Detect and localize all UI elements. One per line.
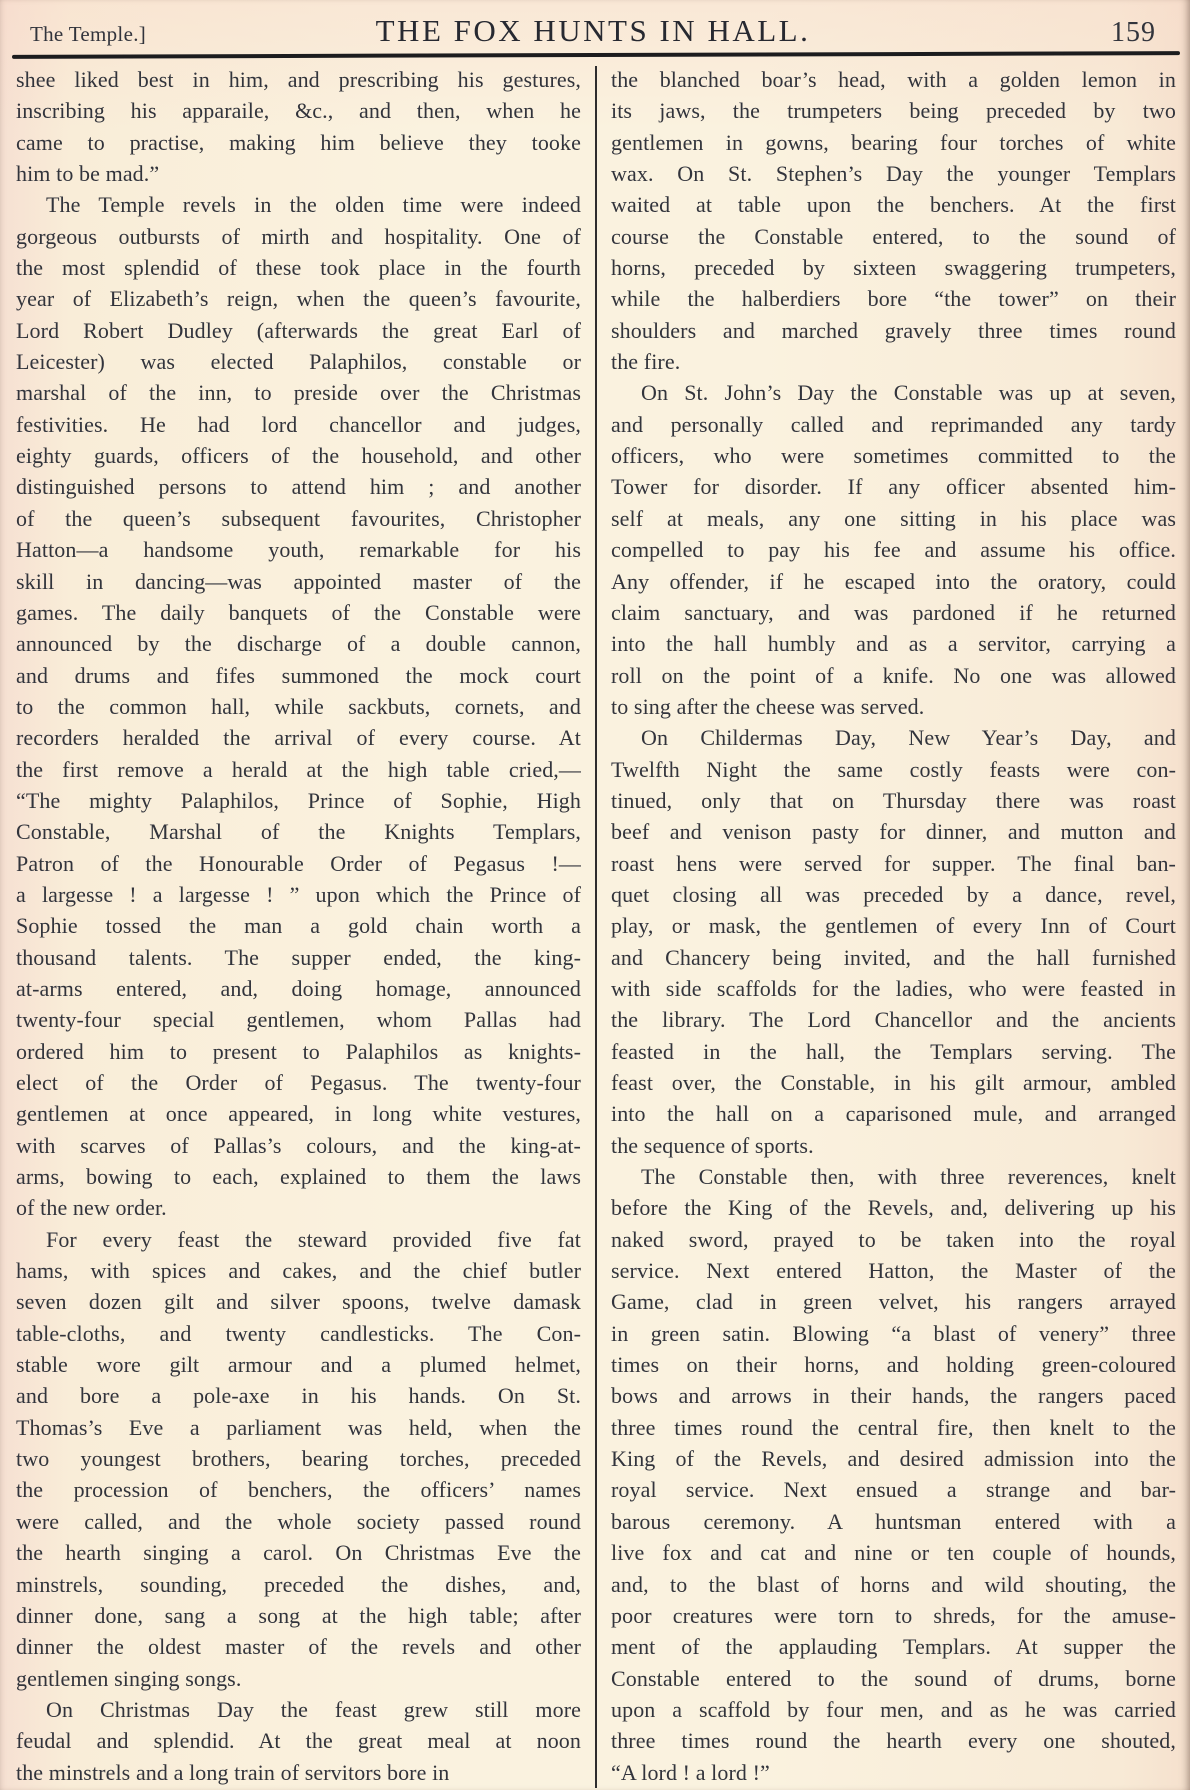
right-column: the blanched boar’s head, with a golden … <box>611 64 1176 1788</box>
running-title-left: The Temple.] <box>30 22 250 47</box>
text-line: stable wore gilt armour and a plumed hel… <box>16 1349 581 1380</box>
text-line: beef and venison pasty for dinner, and m… <box>611 816 1176 847</box>
paragraph: The Temple revels in the olden time were… <box>16 189 581 1223</box>
page-body: shee liked best in him, and prescribing … <box>0 57 1190 1788</box>
column-divider <box>595 66 597 1788</box>
text-line: Game, clad in green velvet, his rangers … <box>611 1286 1176 1317</box>
text-line: into the hall humbly and as a servitor, … <box>611 628 1176 659</box>
text-line: Twelfth Night the same costly feasts wer… <box>611 754 1176 785</box>
text-line: into the hall on a caparisoned mule, and… <box>611 1098 1176 1129</box>
text-line: the sequence of sports. <box>611 1130 1176 1161</box>
text-line: eighty guards, officers of the household… <box>16 440 581 471</box>
text-line: table-cloths, and twenty candlesticks. T… <box>16 1318 581 1349</box>
text-line: with side scaffolds for the ladies, who … <box>611 973 1176 1004</box>
text-line: twenty-four special gentlemen, whom Pall… <box>16 1004 581 1035</box>
paragraph: On St. John’s Day the Constable was up a… <box>611 377 1176 722</box>
text-line: arms, bowing to each, explained to them … <box>16 1161 581 1192</box>
text-line: On St. John’s Day the Constable was up a… <box>611 377 1176 408</box>
text-line: shee liked best in him, and prescribing … <box>16 64 581 95</box>
text-line: feasted in the hall, the Templars servin… <box>611 1036 1176 1067</box>
text-line: marshal of the inn, to preside over the … <box>16 377 581 408</box>
text-line: gentlemen at once appeared, in long whit… <box>16 1098 581 1129</box>
text-line: while the halberdiers bore “the tower” o… <box>611 283 1176 314</box>
text-line: King of the Revels, and desired admissio… <box>611 1443 1176 1474</box>
text-line: Tower for disorder. If any officer absen… <box>611 471 1176 502</box>
text-line: times on their horns, and holding green-… <box>611 1349 1176 1380</box>
text-line: The Temple revels in the olden time were… <box>16 189 581 220</box>
text-line: self at meals, any one sitting in his pl… <box>611 503 1176 534</box>
text-line: the library. The Lord Chancellor and the… <box>611 1004 1176 1035</box>
text-line: ordered him to present to Palaphilos as … <box>16 1036 581 1067</box>
text-line: Hatton—a handsome youth, remarkable for … <box>16 534 581 565</box>
text-line: of the new order. <box>16 1192 581 1223</box>
text-line: wax. On St. Stephen’s Day the younger Te… <box>611 158 1176 189</box>
text-line: the fire. <box>611 346 1176 377</box>
text-line: recorders heralded the arrival of every … <box>16 722 581 753</box>
text-line: service. Next entered Hatton, the Master… <box>611 1255 1176 1286</box>
text-line: with scarves of Pallas’s colours, and th… <box>16 1130 581 1161</box>
text-line: bows and arrows in their hands, the rang… <box>611 1380 1176 1411</box>
text-line: “The mighty Palaphilos, Prince of Sophie… <box>16 785 581 816</box>
text-line: in green satin. Blowing “a blast of vene… <box>611 1318 1176 1349</box>
text-line: thousand talents. The supper ended, the … <box>16 942 581 973</box>
paragraph: shee liked best in him, and prescribing … <box>16 64 581 189</box>
text-line: On Childermas Day, New Year’s Day, and <box>611 722 1176 753</box>
left-column: shee liked best in him, and prescribing … <box>16 64 581 1788</box>
text-line: roast hens were served for supper. The f… <box>611 848 1176 879</box>
text-line: to sing after the cheese was served. <box>611 691 1176 722</box>
text-line: horns, preceded by sixteen swaggering tr… <box>611 252 1176 283</box>
paragraph: On Christmas Day the feast grew still mo… <box>16 1694 581 1788</box>
text-line: On Christmas Day the feast grew still mo… <box>16 1694 581 1725</box>
paragraph: On Childermas Day, New Year’s Day, andTw… <box>611 722 1176 1161</box>
text-line: roll on the point of a knife. No one was… <box>611 660 1176 691</box>
text-line: course the Constable entered, to the sou… <box>611 221 1176 252</box>
text-line: “A lord ! a lord !” <box>611 1757 1176 1788</box>
text-line: and Chancery being invited, and the hall… <box>611 942 1176 973</box>
text-line: dinner the oldest master of the revels a… <box>16 1631 581 1662</box>
text-line: and personally called and reprimanded an… <box>611 409 1176 440</box>
text-line: ment of the applauding Templars. At supp… <box>611 1631 1176 1662</box>
text-line: three times round the central fire, then… <box>611 1412 1176 1443</box>
text-line: For every feast the steward provided fiv… <box>16 1224 581 1255</box>
paragraph: For every feast the steward provided fiv… <box>16 1224 581 1694</box>
text-line: Constable entered to the sound of drums,… <box>611 1663 1176 1694</box>
text-line: elect of the Order of Pegasus. The twent… <box>16 1067 581 1098</box>
text-line: feast over, the Constable, in his gilt a… <box>611 1067 1176 1098</box>
page-number: 159 <box>936 17 1156 49</box>
text-line: The Constable then, with three reverence… <box>611 1161 1176 1192</box>
text-line: year of Elizabeth’s reign, when the quee… <box>16 283 581 314</box>
text-line: the hearth singing a carol. On Christmas… <box>16 1537 581 1568</box>
text-line: the minstrels and a long train of servit… <box>16 1757 581 1788</box>
text-line: festivities. He had lord chancellor and … <box>16 409 581 440</box>
text-line: inscribing his apparaile, &c., and then,… <box>16 95 581 126</box>
text-line: and bore a pole-axe in his hands. On St. <box>16 1380 581 1411</box>
text-line: shoulders and marched gravely three time… <box>611 315 1176 346</box>
text-line: claim sanctuary, and was pardoned if he … <box>611 597 1176 628</box>
text-line: the procession of benchers, the officers… <box>16 1474 581 1505</box>
text-line: waited at table upon the benchers. At th… <box>611 189 1176 220</box>
text-line: skill in dancing—was appointed master of… <box>16 566 581 597</box>
text-line: officers, who were sometimes committed t… <box>611 440 1176 471</box>
text-line: came to practise, making him believe the… <box>16 127 581 158</box>
text-line: of the queen’s subsequent favourites, Ch… <box>16 503 581 534</box>
page-header: The Temple.] THE FOX HUNTS IN HALL. 159 <box>0 0 1190 49</box>
text-line: the most splendid of these took place in… <box>16 252 581 283</box>
text-line: games. The daily banquets of the Constab… <box>16 597 581 628</box>
text-line: feudal and splendid. At the great meal a… <box>16 1725 581 1756</box>
text-line: announced by the discharge of a double c… <box>16 628 581 659</box>
text-line: Constable, Marshal of the Knights Templa… <box>16 816 581 847</box>
text-line: Patron of the Honourable Order of Pegasu… <box>16 848 581 879</box>
text-line: gorgeous outbursts of mirth and hospital… <box>16 221 581 252</box>
text-line: minstrels, sounding, preceded the dishes… <box>16 1569 581 1600</box>
text-line: Thomas’s Eve a parliament was held, when… <box>16 1412 581 1443</box>
book-page: The Temple.] THE FOX HUNTS IN HALL. 159 … <box>0 0 1190 1790</box>
page-title: THE FOX HUNTS IN HALL. <box>250 13 936 49</box>
text-line: barous ceremony. A huntsman entered with… <box>611 1506 1176 1537</box>
text-line: dinner done, sang a song at the high tab… <box>16 1600 581 1631</box>
text-line: the first remove a herald at the high ta… <box>16 754 581 785</box>
text-line: him to be mad.” <box>16 158 581 189</box>
paragraph: the blanched boar’s head, with a golden … <box>611 64 1176 377</box>
text-line: live fox and cat and nine or ten couple … <box>611 1537 1176 1568</box>
text-line: the blanched boar’s head, with a golden … <box>611 64 1176 95</box>
text-line: two youngest brothers, bearing torches, … <box>16 1443 581 1474</box>
text-line: Lord Robert Dudley (afterwards the great… <box>16 315 581 346</box>
text-line: tinued, only that on Thursday there was … <box>611 785 1176 816</box>
text-line: quet closing all was preceded by a dance… <box>611 879 1176 910</box>
text-line: to the common hall, while sackbuts, corn… <box>16 691 581 722</box>
text-line: Leicester) was elected Palaphilos, const… <box>16 346 581 377</box>
text-line: poor creatures were torn to shreds, for … <box>611 1600 1176 1631</box>
text-line: upon a scaffold by four men, and as he w… <box>611 1694 1176 1725</box>
text-line: naked sword, prayed to be taken into the… <box>611 1224 1176 1255</box>
text-line: were called, and the whole society passe… <box>16 1506 581 1537</box>
text-line: compelled to pay his fee and assume his … <box>611 534 1176 565</box>
paragraph: The Constable then, with three reverence… <box>611 1161 1176 1788</box>
text-line: and drums and fifes summoned the mock co… <box>16 660 581 691</box>
text-line: Sophie tossed the man a gold chain worth… <box>16 910 581 941</box>
text-line: three times round the hearth every one s… <box>611 1725 1176 1756</box>
text-line: and, to the blast of horns and wild shou… <box>611 1569 1176 1600</box>
text-line: distinguished persons to attend him ; an… <box>16 471 581 502</box>
text-line: gentlemen in gowns, bearing four torches… <box>611 127 1176 158</box>
text-line: at-arms entered, and, doing homage, anno… <box>16 973 581 1004</box>
text-line: before the King of the Revels, and, deli… <box>611 1192 1176 1223</box>
text-line: gentlemen singing songs. <box>16 1663 581 1694</box>
text-line: a largesse ! a largesse ! ” upon which t… <box>16 879 581 910</box>
text-line: Any offender, if he escaped into the ora… <box>611 566 1176 597</box>
text-line: hams, with spices and cakes, and the chi… <box>16 1255 581 1286</box>
text-line: its jaws, the trumpeters being preceded … <box>611 95 1176 126</box>
text-line: royal service. Next ensued a strange and… <box>611 1474 1176 1505</box>
text-line: play, or mask, the gentlemen of every In… <box>611 910 1176 941</box>
text-line: seven dozen gilt and silver spoons, twel… <box>16 1286 581 1317</box>
